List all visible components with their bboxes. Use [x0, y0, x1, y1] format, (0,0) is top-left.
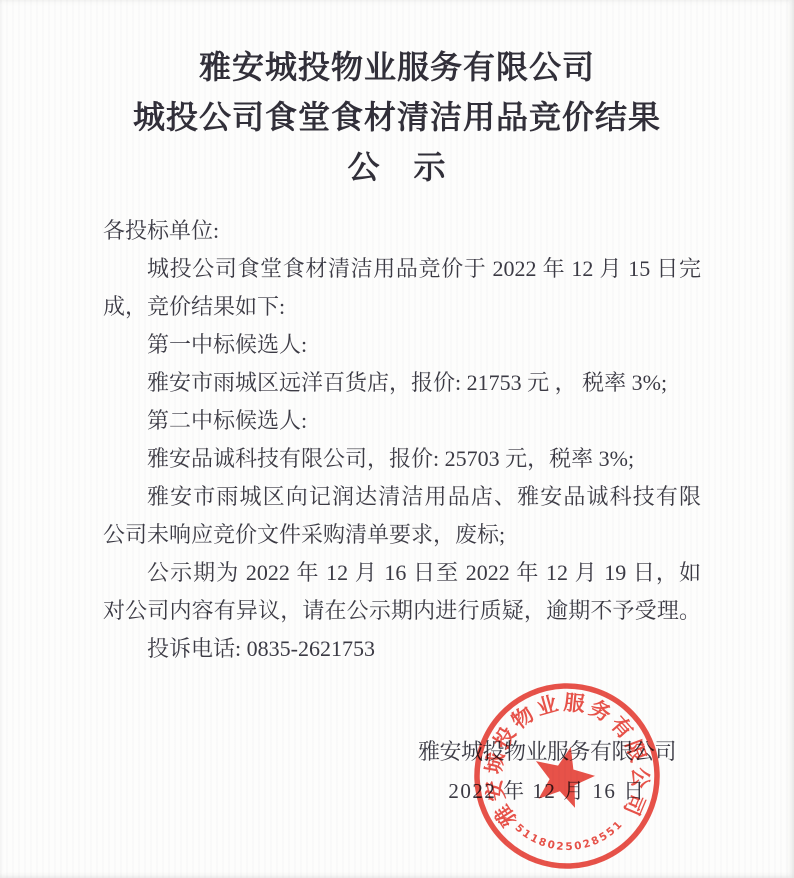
line-second-candidate-detail: 雅安品诚科技有限公司，报价: 25703 元，税率 3%;: [103, 440, 701, 478]
signature-company: 雅安城投物业服务有限公司: [418, 740, 676, 764]
scanned-document-page: 雅安城投物业服务有限公司 城投公司食堂食材清洁用品竞价结果 公 示 各投标单位:…: [0, 0, 794, 878]
line-rejected-continued: 公司未响应竞价文件采购清单要求，废标;: [103, 516, 701, 554]
signature-block: 雅安城投物业服务有限公司 2022 年 12 月 16 日: [418, 740, 676, 802]
line-second-candidate-label: 第二中标候选人:: [103, 402, 701, 440]
line-first-candidate-label: 第一中标候选人:: [103, 326, 701, 364]
line-intro: 城投公司食堂食材清洁用品竞价于 2022 年 12 月 15 日完: [103, 250, 701, 288]
seal-number-text: 5118025028551: [512, 817, 626, 855]
title-line-notice: 公 示: [0, 142, 794, 192]
document-body: 各投标单位: 城投公司食堂食材清洁用品竞价于 2022 年 12 月 15 日完…: [103, 212, 701, 668]
line-salutation: 各投标单位:: [103, 212, 701, 250]
line-complaint-phone: 投诉电话: 0835-2621753: [103, 630, 701, 668]
line-publicity-period: 公示期为 2022 年 12 月 16 日至 2022 年 12 月 19 日，…: [103, 554, 701, 592]
title-line-subject: 城投公司食堂食材清洁用品竞价结果: [0, 92, 794, 142]
document-title: 雅安城投物业服务有限公司 城投公司食堂食材清洁用品竞价结果 公 示: [0, 42, 794, 192]
line-rejected-bidders: 雅安市雨城区向记润达清洁用品店、雅安品诚科技有限: [103, 478, 701, 516]
line-publicity-continued: 对公司内容有异议，请在公示期内进行质疑，逾期不予受理。: [103, 592, 701, 630]
signature-date: 2022 年 12 月 16 日: [418, 780, 676, 802]
title-line-company: 雅安城投物业服务有限公司: [0, 42, 794, 92]
line-intro-continued: 成，竞价结果如下:: [103, 288, 701, 326]
line-first-candidate-detail: 雅安市雨城区远洋百货店，报价: 21753 元 ， 税率 3%;: [103, 364, 701, 402]
